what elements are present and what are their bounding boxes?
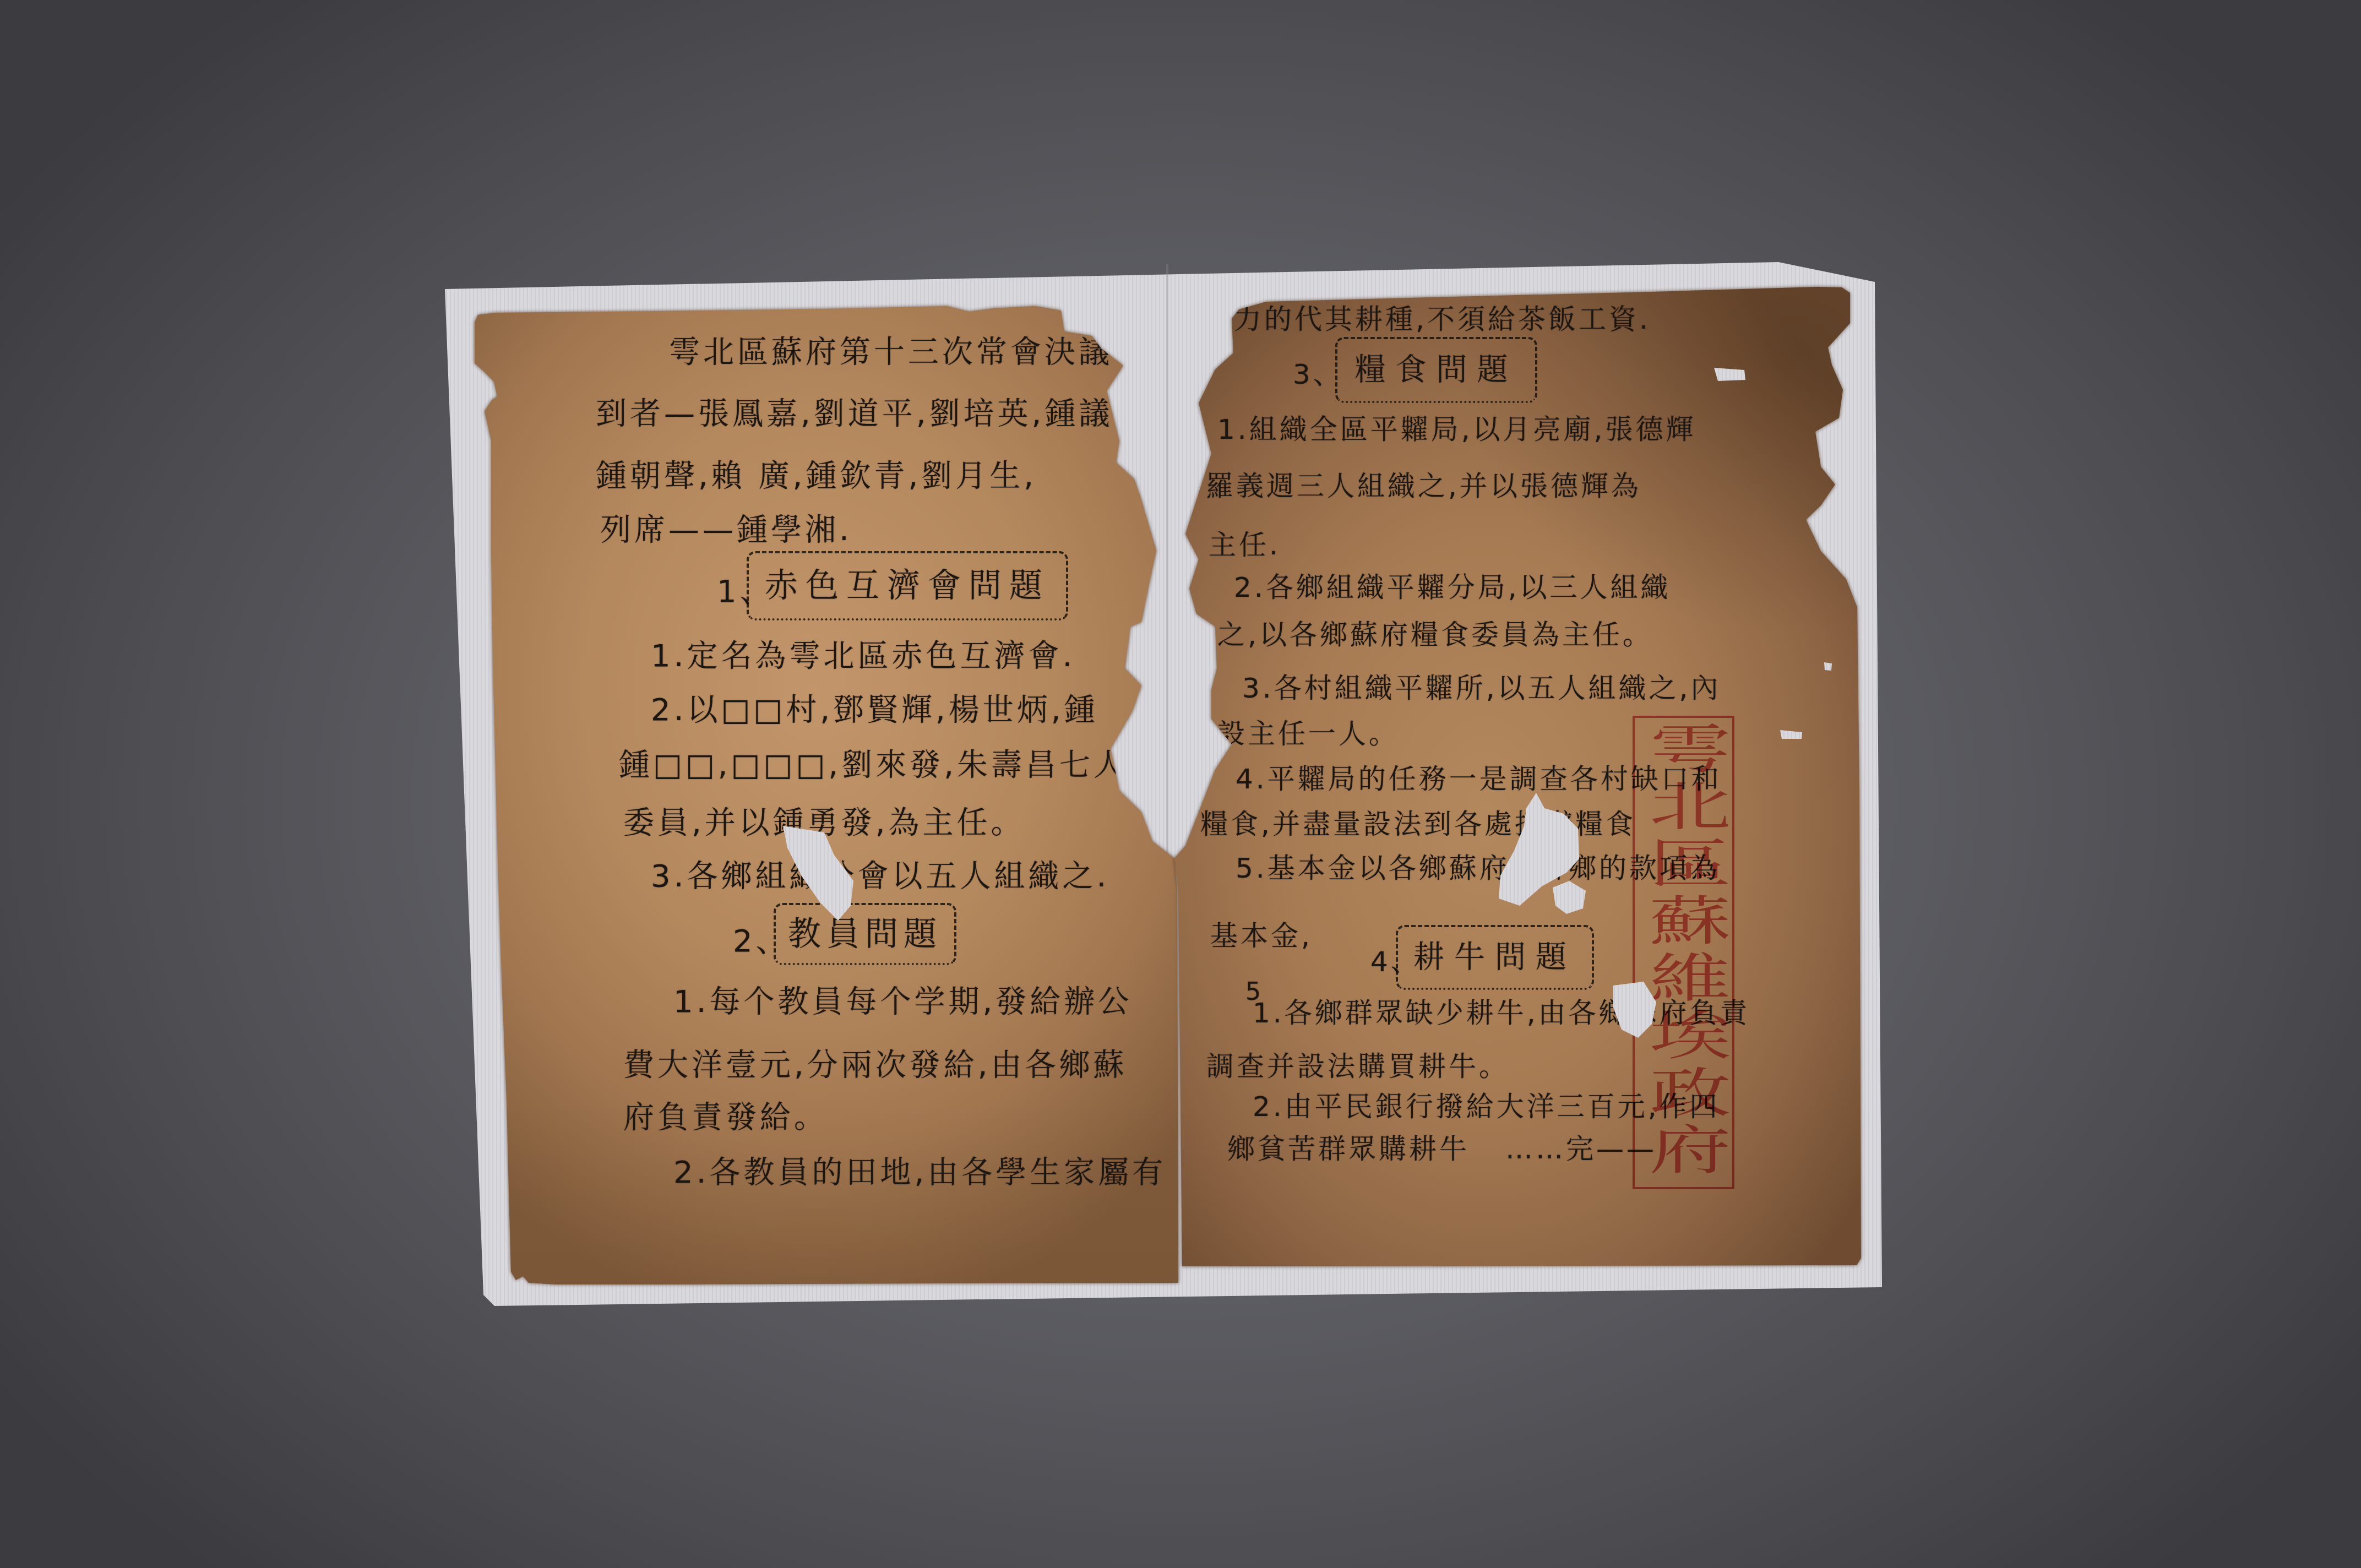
- text-line: 1.組織全區平糶局,以月亮廟,張德輝: [1217, 416, 1696, 443]
- right-page-wrapper: 力的代其耕種,不須給茶飯工資. 3、 糧食問題 1.組織全區平糶局,以月亮廟,張…: [0, 0, 2361, 1568]
- text-line: 主任.: [1209, 531, 1281, 559]
- document-photo: 雩北區蘇府第十三次常會決議 到者—張鳳嘉,劉道平,劉培英,鍾議 鍾朝聲,賴 廣,…: [0, 0, 2361, 1568]
- text-line: 2.各鄉組織平糶分局,以三人組織: [1234, 574, 1671, 601]
- text-line: 設主任一人。: [1217, 720, 1399, 748]
- text-line: 羅義週三人組織之,并以張德輝為: [1206, 472, 1641, 500]
- stamp-text: 雩北區蘇維埃政府: [1642, 721, 1724, 1179]
- text-line: 之,以各鄉蘇府糧食委員為主任。: [1217, 621, 1653, 649]
- section-3-heading: 糧食問題: [1355, 355, 1518, 385]
- right-page: 力的代其耕種,不須給茶飯工資. 3、 糧食問題 1.組織全區平糶局,以月亮廟,張…: [0, 0, 2361, 1568]
- official-seal-stamp: 雩北區蘇維埃政府: [1633, 716, 1734, 1189]
- text-line: 基本金,: [1210, 922, 1313, 950]
- continued-line: 力的代其耕種,不須給茶飯工資.: [1234, 306, 1651, 333]
- section-3-heading-box: 糧食問題: [1335, 337, 1537, 403]
- text-line: 3.各村組織平糶所,以五人組織之,內: [1242, 674, 1721, 702]
- text-line: 調查并設法購買耕牛。: [1206, 1053, 1509, 1080]
- text-line: 鄉貧苦群眾購耕牛: [1227, 1135, 1470, 1163]
- section-4-heading-box: 耕牛問題: [1396, 925, 1594, 990]
- section-4-heading: 耕牛問題: [1413, 942, 1576, 973]
